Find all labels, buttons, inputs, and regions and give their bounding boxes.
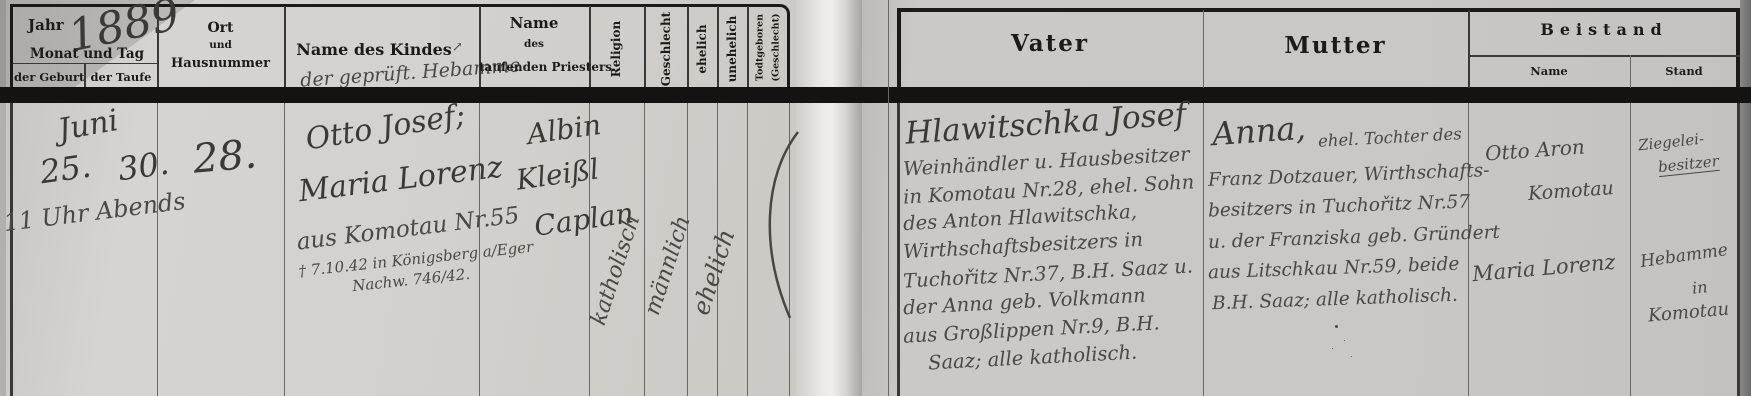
col-header-jahr: Jahr xyxy=(28,16,64,34)
rule xyxy=(1468,103,1469,396)
col-header-beistand: Beistand xyxy=(1468,20,1740,39)
ink-specks xyxy=(1335,325,1338,328)
col-header-beistand-name: Name xyxy=(1468,64,1630,78)
rule xyxy=(747,103,748,396)
col-header-geschlecht: Geschlecht xyxy=(659,9,673,89)
rule xyxy=(284,103,285,396)
rule xyxy=(747,6,749,88)
col-header-priester-3: taufenden Priesters xyxy=(479,60,589,74)
mother-name: Anna, xyxy=(1211,109,1307,153)
col-header-ort-3: Hausnummer xyxy=(157,56,284,71)
col-header-ort-2: und xyxy=(157,39,284,51)
col-header-taufe: der Taufe xyxy=(86,70,156,84)
separator-band xyxy=(0,87,1751,103)
rule xyxy=(589,6,591,88)
col-header-beistand-stand: Stand xyxy=(1630,64,1738,78)
rule xyxy=(1630,103,1631,396)
col-header-todtgeboren-1: Todtgeboren xyxy=(755,4,766,92)
col-header-todtgeboren-2: (Geschlecht) xyxy=(771,4,782,92)
col-header-ort-1: Ort xyxy=(157,20,284,36)
col-header-monat-tag: Monat und Tag xyxy=(22,46,152,62)
page-edge-line xyxy=(888,0,889,396)
col-header-priester-1: Name xyxy=(479,14,589,32)
insertion-mark-icon: ↗ xyxy=(452,40,463,55)
rule xyxy=(687,6,689,88)
col-header-kind: Name des Kindes xyxy=(284,40,464,59)
entry-birth-day: 25. xyxy=(38,147,94,192)
flourish-stroke xyxy=(752,128,802,323)
col-header-ehelich: ehelich xyxy=(695,9,709,89)
col-header-unehelich: unehelich xyxy=(725,9,739,89)
book-spine xyxy=(796,0,862,396)
rule xyxy=(10,103,13,396)
rule xyxy=(644,6,646,88)
col-header-vater: Vater xyxy=(897,30,1203,57)
entry-house-number: 28. xyxy=(191,131,258,182)
col-header-mutter: Mutter xyxy=(1203,32,1468,59)
rule xyxy=(1203,103,1204,396)
col-header-geburt: der Geburt xyxy=(14,70,84,84)
scan-edge xyxy=(1740,0,1751,396)
register-scan: Jahr 1889 Monat und Tag der Geburt der T… xyxy=(0,0,1751,396)
rule xyxy=(687,103,688,396)
rule xyxy=(1468,55,1740,57)
rule xyxy=(717,6,719,88)
rule xyxy=(644,103,645,396)
witness-status-line: in xyxy=(1691,277,1708,298)
col-header-religion: Religion xyxy=(609,9,623,89)
entry-baptism-day: 30. xyxy=(116,144,172,189)
rule xyxy=(1737,103,1740,396)
col-header-priester-2: des xyxy=(479,38,589,50)
rule xyxy=(897,103,900,396)
rule xyxy=(589,103,590,396)
